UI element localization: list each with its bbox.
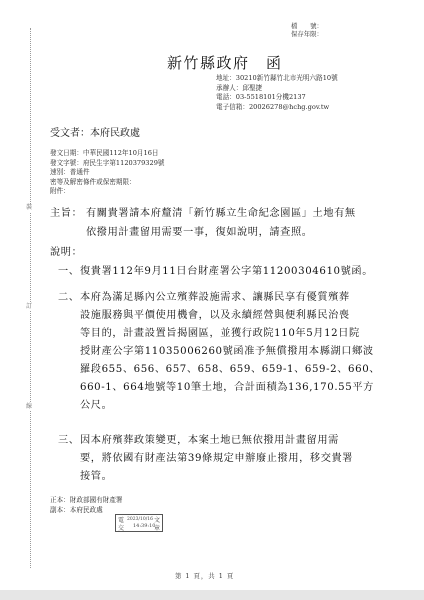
item-line: 羅段655、656、657、658、659、659-1、659-2、660、 xyxy=(80,361,398,379)
subject-line-1: 有關貴署請本府釐清「新竹縣立生命紀念園區」土地有無 xyxy=(86,205,356,223)
explanation-label: 說明： xyxy=(50,244,82,262)
item-number: 二、 xyxy=(58,289,80,307)
explanation-item-3: 三、 因本府殯葬政策變更，本案土地已無依撥用計畫留用需 要，將依國有財產法第39… xyxy=(58,432,398,486)
distribution-main: 正本：財政部國有財產署 xyxy=(50,496,123,506)
explanation-item-2: 二、 本府為滿足縣內公立殯葬設施需求、讓縣民享有優質殯葬 設施服務與平價使用機會… xyxy=(58,289,398,415)
stamp-time: 14:39:10 xyxy=(133,523,155,529)
item-line: 660-1、664地號等10筆土地，合計面積為136,170.55平方 xyxy=(80,379,398,397)
item-number: 一、 xyxy=(58,263,80,281)
explanation-item-1: 一、 復貴署112年9月11日台財產署公字第11200304610號函。 xyxy=(58,263,398,281)
sender-contact-person: 承辦人：邱聖捷 xyxy=(216,84,262,94)
delivery-type: 速別：普通件 xyxy=(50,168,90,178)
page-number: 第 1 頁，共 1 頁 xyxy=(175,571,234,580)
issue-date: 發文日期：中華民國112年10月16日 xyxy=(50,149,159,159)
binding-mark-zhuang: 裝 xyxy=(26,204,32,212)
electronic-exchange-stamp: 電 交 文 章 2023/10/16 14:39:10 xyxy=(115,514,163,532)
sender-address: 地址：30210新竹縣竹北市光明六路10號 xyxy=(216,74,338,84)
item-line: 本府為滿足縣內公立殯葬設施需求、讓縣民享有優質殯葬 xyxy=(80,289,398,307)
subject-label: 主旨： xyxy=(50,205,82,223)
item-line: 接管。 xyxy=(80,468,398,486)
item-number: 三、 xyxy=(58,432,80,450)
binding-mark-ding: 訂 xyxy=(26,303,32,311)
distribution-copy: 副本：本府民政處 xyxy=(50,506,103,516)
retention-period-label: 保存年限： xyxy=(291,30,323,39)
issue-number: 發文字號：府民生字第1120379329號 xyxy=(50,159,164,169)
item-line: 授財產公字第11035006260號函准予無償撥用本縣湖口鄉波 xyxy=(80,343,398,361)
sender-email: 電子信箱：20026278@hchg.gov.tw xyxy=(216,103,329,113)
binding-line xyxy=(30,28,31,568)
subject-line-2: 依撥用計畫留用需要一事，復如說明，請查照。 xyxy=(86,224,313,242)
binding-mark-xian: 線 xyxy=(26,403,32,411)
document-title: 新竹縣政府 函 xyxy=(167,52,283,73)
item-line: 復貴署112年9月11日台財產署公字第11200304610號函。 xyxy=(80,263,398,281)
recipient: 受文者：本府民政處 xyxy=(50,124,140,139)
stamp-char: 交 xyxy=(118,523,124,532)
item-line: 要，將依國有財產法第39條規定申辦廢止撥用，移交貴署 xyxy=(80,450,398,468)
item-line: 因本府殯葬政策變更，本案土地已無依撥用計畫留用需 xyxy=(80,432,398,450)
confidentiality: 密等及解密條件或保密期限： xyxy=(50,178,136,188)
stamp-date: 2023/10/16 xyxy=(127,517,153,522)
item-line: 設施服務與平價使用機會，以及永續經營與便利縣民治喪 xyxy=(80,307,398,325)
viewer-bottom-edge xyxy=(0,590,424,600)
item-line: 公尺。 xyxy=(80,397,398,415)
item-line: 等目的，計畫設置旨揭園區，並獲行政院110年5月12日院 xyxy=(80,325,398,343)
sender-phone: 電話：03-5518101分機2137 xyxy=(216,93,306,103)
document-page: 裝 訂 線 檔 號： 保存年限： 新竹縣政府 函 地址：30210新竹縣竹北市光… xyxy=(0,0,424,590)
attachments: 附件： xyxy=(50,187,70,197)
